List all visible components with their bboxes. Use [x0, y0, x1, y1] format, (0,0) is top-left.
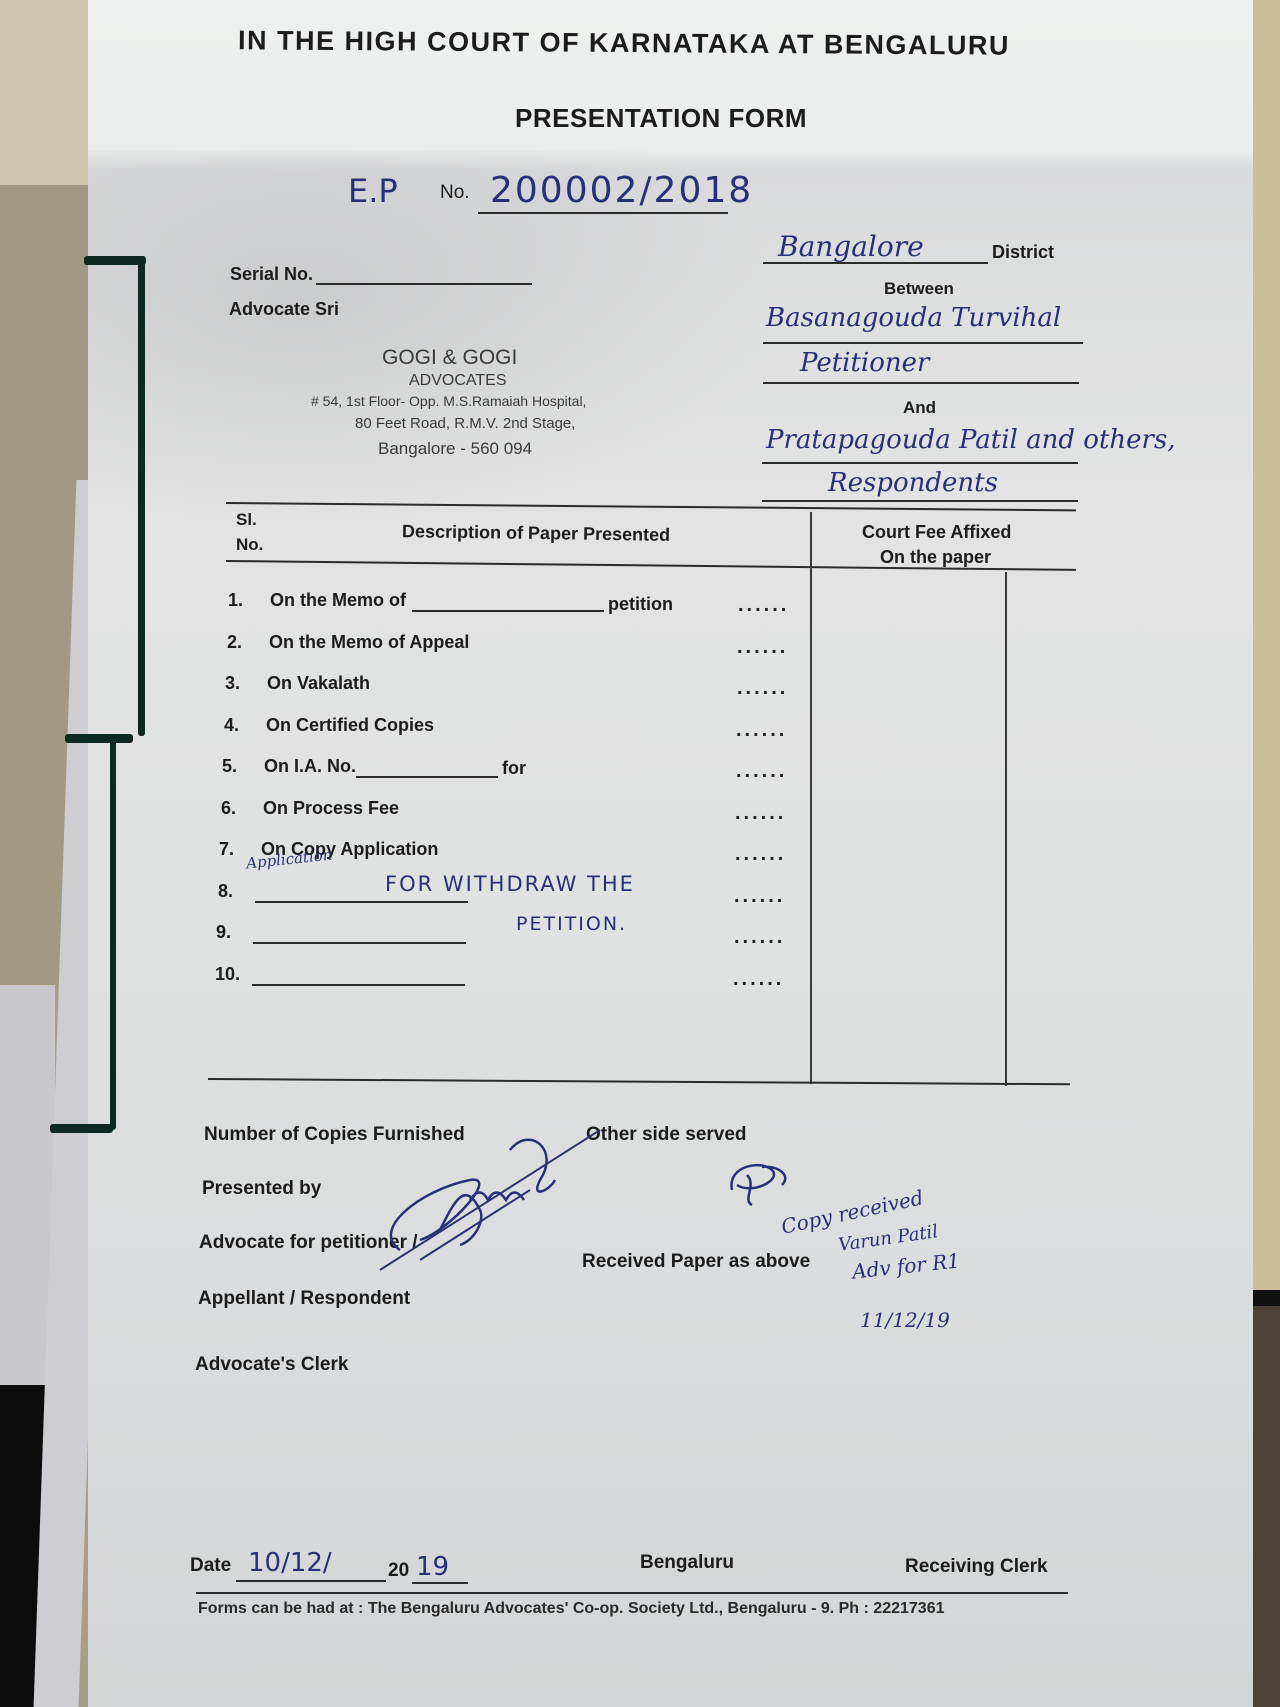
- row-leader-dots: ......: [734, 885, 785, 908]
- row-blank-field[interactable]: [255, 901, 468, 903]
- row-leader-dots: ......: [737, 677, 788, 700]
- firm-address-line2: 80 Feet Road, R.M.V. 2nd Stage,: [355, 415, 575, 432]
- date-label: Date: [190, 1555, 231, 1577]
- petitioner-name-underline: [763, 342, 1083, 344]
- row-number: 10.: [215, 964, 240, 985]
- row-blank-field[interactable]: [252, 984, 465, 986]
- handwritten-row9[interactable]: PETITION.: [516, 913, 627, 935]
- advocate-label: Advocate Sri: [229, 299, 339, 320]
- case-no-underline: [478, 212, 728, 214]
- col-sl-line1: Sl.: [236, 510, 257, 530]
- receiving-clerk-label: Receiving Clerk: [905, 1556, 1048, 1578]
- row-number: 5.: [222, 756, 237, 777]
- year-prefix: 20: [388, 1560, 409, 1582]
- firm-subtitle: ADVOCATES: [409, 372, 507, 390]
- row-leader-dots: ......: [736, 719, 787, 742]
- row-leader-dots: ......: [735, 843, 786, 866]
- fee-subcolumn-divider: [1005, 572, 1007, 1086]
- respondent-name-underline: [762, 462, 1078, 464]
- date-underline: [236, 1580, 386, 1582]
- petitioner-role[interactable]: Petitioner: [800, 348, 929, 378]
- case-type-handwritten: E.P: [348, 172, 398, 210]
- row-blank-field[interactable]: [356, 776, 498, 778]
- printer-note: Forms can be had at : The Bengaluru Advo…: [198, 1600, 944, 1618]
- year-value[interactable]: 19: [416, 1552, 449, 1582]
- petitioner-role-underline: [763, 382, 1079, 384]
- background-table-surface: [1250, 0, 1280, 1290]
- other-side-initials: [722, 1155, 802, 1215]
- row-leader-dots: ......: [738, 594, 789, 617]
- fee-column-divider: [810, 512, 812, 1084]
- background-edge: [1252, 1290, 1280, 1306]
- district-label: District: [992, 242, 1054, 263]
- row-leader-dots: ......: [736, 760, 787, 783]
- form-title: PRESENTATION FORM: [515, 103, 807, 134]
- row-number: 7.: [219, 839, 234, 860]
- row-number: 4.: [224, 715, 239, 736]
- row-description: On the Memo of: [270, 590, 406, 611]
- col-fee-line1: Court Fee Affixed: [862, 522, 1011, 543]
- respondent-role-underline: [762, 500, 1078, 502]
- col-sl-line2: No.: [236, 535, 263, 555]
- court-heading: IN THE HIGH COURT OF KARNATAKA AT BENGAL…: [238, 25, 1010, 61]
- date-value[interactable]: 10/12/: [248, 1548, 332, 1578]
- place-label: Bengaluru: [640, 1552, 734, 1574]
- year-underline: [412, 1582, 468, 1584]
- row-blank-field[interactable]: [412, 610, 604, 612]
- row-leader-dots: ......: [734, 926, 785, 949]
- case-no-value[interactable]: 200002/2018: [490, 170, 753, 211]
- row-leader-dots: ......: [737, 636, 788, 659]
- row-description: On Certified Copies: [266, 715, 434, 736]
- case-no-label: No.: [440, 182, 470, 204]
- background-shadow: [1252, 1290, 1280, 1707]
- row-number: 1.: [228, 590, 243, 611]
- row-leader-dots: ......: [735, 802, 786, 825]
- col-fee-line2: On the paper: [880, 547, 991, 568]
- serial-no-label: Serial No.: [230, 264, 313, 285]
- serial-no-field[interactable]: [316, 283, 532, 285]
- row-leader-dots: ......: [733, 968, 784, 991]
- row-suffix: for: [502, 758, 526, 779]
- petitioner-name[interactable]: Basanagouda Turvihal: [766, 303, 1061, 333]
- and-label: And: [903, 398, 936, 418]
- advocates-clerk-label: Advocate's Clerk: [195, 1354, 348, 1376]
- district-value[interactable]: Bangalore: [778, 230, 924, 263]
- row-description: On I.A. No.: [264, 756, 356, 777]
- respondent-name[interactable]: Pratapagouda Patil and others,: [766, 425, 1176, 455]
- row-description: On Vakalath: [267, 673, 370, 694]
- footer-rule: [196, 1592, 1068, 1594]
- endorsement-date: 11/12/19: [860, 1308, 950, 1332]
- firm-address-line1: # 54, 1st Floor- Opp. M.S.Ramaiah Hospit…: [311, 393, 586, 409]
- presented-by-label: Presented by: [202, 1178, 321, 1200]
- row-number: 3.: [225, 673, 240, 694]
- row-blank-field[interactable]: [253, 942, 466, 944]
- district-underline: [763, 262, 988, 264]
- row-description: On Process Fee: [263, 798, 399, 819]
- col-description: Description of Paper Presented: [402, 521, 670, 546]
- row-number: 8.: [218, 881, 233, 902]
- row-number: 9.: [216, 922, 231, 943]
- between-label: Between: [884, 279, 954, 299]
- row-suffix: petition: [608, 594, 673, 615]
- row-description: On the Memo of Appeal: [269, 632, 469, 653]
- handwritten-row8[interactable]: FOR WITHDRAW THE: [385, 872, 635, 896]
- respondent-role[interactable]: Respondents: [828, 468, 998, 498]
- row-number: 2.: [227, 632, 242, 653]
- firm-address-line3: Bangalore - 560 094: [378, 439, 532, 459]
- background-table-surface: [0, 0, 95, 185]
- firm-name: GOGI & GOGI: [382, 346, 517, 370]
- advocate-signature: [360, 1120, 620, 1300]
- row-number: 6.: [221, 798, 236, 819]
